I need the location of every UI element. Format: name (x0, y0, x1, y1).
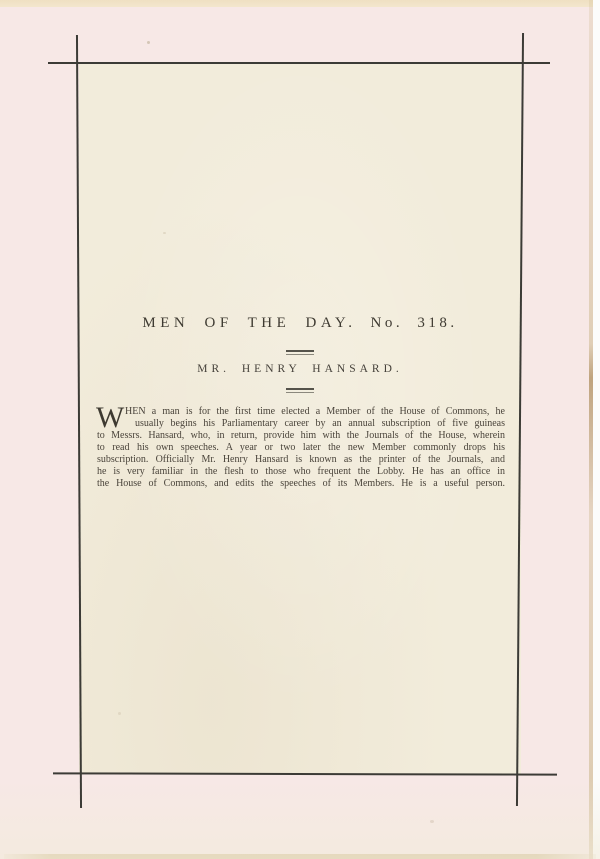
paragraph-line: the House of Commons, and edits the spee… (97, 478, 505, 490)
drop-cap: W (96, 405, 124, 431)
paragraph-line: to Messrs. Hansard, who, in return, prov… (97, 430, 505, 442)
paper-speck (118, 712, 121, 715)
issue-number: No. 318. (371, 315, 458, 331)
double-rule-divider-bottom (286, 388, 314, 393)
frame-line-top (48, 62, 550, 64)
paragraph-line: HEN a man is for the first time elected … (97, 406, 505, 418)
paper-wash (0, 778, 600, 859)
frame-line-bottom (53, 772, 557, 775)
paragraph-line: to read his own speeches. A year or two … (97, 442, 505, 454)
body-paragraph: W HEN a man is for the first time electe… (97, 406, 505, 490)
page-edge-top (0, 0, 600, 7)
paper-speck (430, 820, 434, 823)
series-title: MEN OF THE DAY. (142, 315, 356, 331)
page-title: MEN OF THE DAY.No. 318. (80, 315, 520, 332)
paragraph-line: subscription. Officially Mr. Henry Hansa… (97, 454, 505, 466)
double-rule-divider-top (286, 350, 314, 355)
paper-speck (147, 41, 150, 44)
paragraph-line: usually begins his Parliamentary career … (97, 418, 505, 430)
paper-speck (163, 232, 166, 234)
page-edge-right-white (593, 0, 600, 859)
subject-name: MR. HENRY HANSARD. (80, 363, 520, 375)
paragraph-line: he is very familiar in the flesh to thos… (97, 466, 505, 478)
